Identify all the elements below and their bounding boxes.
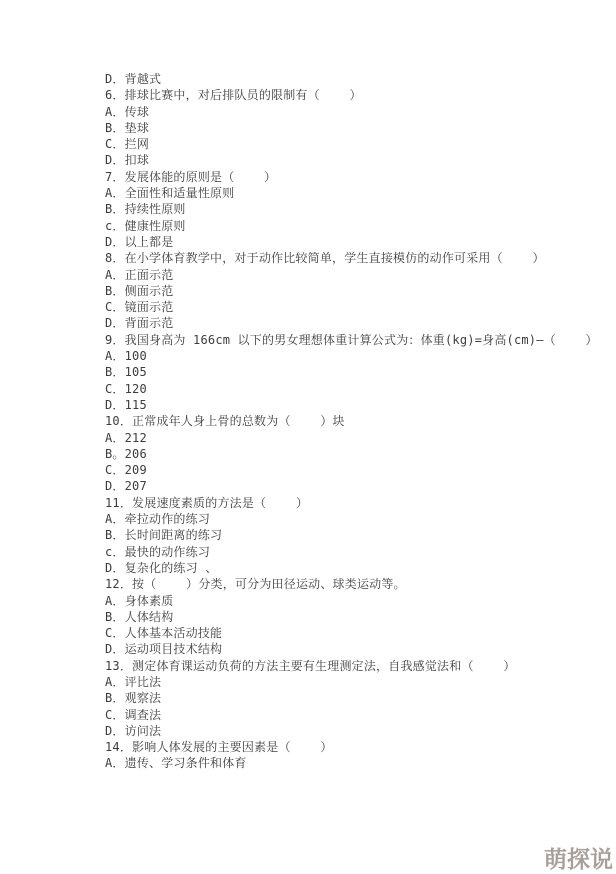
text-line: B。206 — [105, 446, 598, 462]
text-line: D．运动项目技术结构 — [105, 641, 598, 657]
text-line: 9．我国身高为 166cm 以下的男女理想体重计算公式为：体重(kg)=身高(c… — [105, 332, 598, 348]
text-line: A．身体素质 — [105, 593, 598, 609]
text-line: A．传球 — [105, 104, 598, 120]
text-line: B．105 — [105, 364, 598, 380]
text-line: B．侧面示范 — [105, 283, 598, 299]
text-line: A．100 — [105, 348, 598, 364]
text-line: D．背面示范 — [105, 315, 598, 331]
text-line: A．212 — [105, 430, 598, 446]
text-line: 14．影响人体发展的主要因素是（ ） — [105, 739, 598, 755]
text-line: A．正面示范 — [105, 267, 598, 283]
text-line: D．访问法 — [105, 723, 598, 739]
text-line: A．评比法 — [105, 674, 598, 690]
watermark-logo: 萌探说 — [544, 841, 613, 874]
document-page: D．背越式6．排球比赛中，对后排队员的限制有（ ）A．传球B．垫球C．拦网D．扣… — [0, 0, 616, 874]
text-line: 12．按（ ）分类，可分为田径运动、球类运动等。 — [105, 576, 598, 592]
text-line: 13．测定体育课运动负荷的方法主要有生理测定法，自我感觉法和（ ） — [105, 658, 598, 674]
text-line: D．115 — [105, 397, 598, 413]
text-line: B．人体结构 — [105, 609, 598, 625]
text-line: D．背越式 — [105, 71, 598, 87]
text-line: C．人体基本活动技能 — [105, 625, 598, 641]
text-line: C．120 — [105, 381, 598, 397]
text-line: A．全面性和适量性原则 — [105, 185, 598, 201]
text-line: 10．正常成年人身上骨的总数为（ ）块 — [105, 413, 598, 429]
text-line: C．调查法 — [105, 707, 598, 723]
text-line: 11．发展速度素质的方法是（ ） — [105, 495, 598, 511]
question-list: D．背越式6．排球比赛中，对后排队员的限制有（ ）A．传球B．垫球C．拦网D．扣… — [105, 71, 598, 772]
text-line: c．健康性原则 — [105, 218, 598, 234]
text-line: 8．在小学体育教学中，对于动作比较简单，学生直接模仿的动作可采用（ ） — [105, 250, 598, 266]
text-line: C．209 — [105, 462, 598, 478]
text-line: 6．排球比赛中，对后排队员的限制有（ ） — [105, 87, 598, 103]
text-line: D．207 — [105, 478, 598, 494]
text-line: C．拦网 — [105, 136, 598, 152]
text-line: c．最快的动作练习 — [105, 544, 598, 560]
text-line: B．持续性原则 — [105, 201, 598, 217]
text-line: B．垫球 — [105, 120, 598, 136]
text-line: D．以上都是 — [105, 234, 598, 250]
text-line: A．牵拉动作的练习 — [105, 511, 598, 527]
text-line: B．观察法 — [105, 690, 598, 706]
text-line: D．扣球 — [105, 152, 598, 168]
text-line: A．遗传、学习条件和体育 — [105, 755, 598, 771]
text-line: 7．发展体能的原则是（ ） — [105, 169, 598, 185]
text-line: D．复杂化的练习 、 — [105, 560, 598, 576]
text-line: C．镜面示范 — [105, 299, 598, 315]
text-line: B．长时间距离的练习 — [105, 527, 598, 543]
